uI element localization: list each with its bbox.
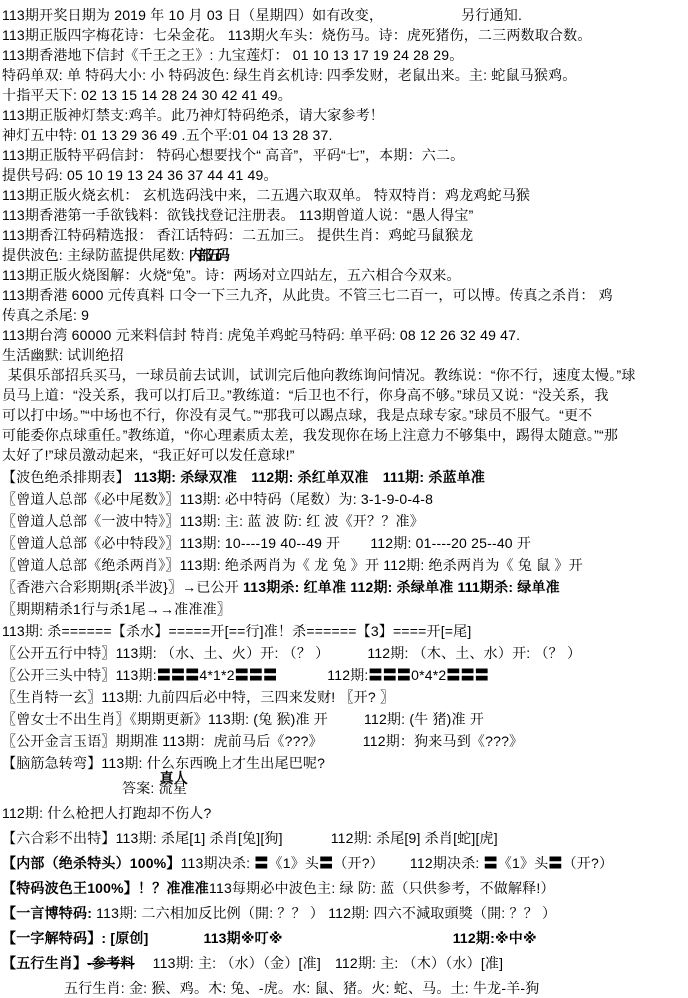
line-segment: 113期杀: 红单准 112期: 杀绿单准 111期杀: 绿单准 xyxy=(243,579,560,595)
text-line: 〖公开三头中特〗113期:〓〓〓4*1*2〓〓〓112期:〓〓〓0*4*2〓〓〓 xyxy=(2,665,686,685)
line-segment: 112期: 什么枪把人打跑却不伤人? xyxy=(2,805,211,821)
line-segment: 113期台湾 60000 元来料信封 特肖: 虎兔羊鸡蛇马特码: 单平码: 08… xyxy=(2,327,520,343)
line-segment: 113期正版神灯禁支:鸡羊。此乃神灯特码绝杀，请大家参考！ xyxy=(2,107,384,123)
line-segment: 113期决杀: xyxy=(181,855,255,871)
text-line: 〖香港六合彩期期{杀半波}〗→已公开 113期杀: 红单准 112期: 杀绿单准… xyxy=(2,577,686,597)
text-line: 〖生肖特一玄〗113期: 九前四后必中特，三四来发财! 〖开? 〗 xyxy=(2,687,686,707)
text-line: 113期香江特码精选报： 香江话特码：二五加三。 提供生肖：鸡蛇马鼠猴龙 xyxy=(2,225,686,245)
text-line: 【一字解特码】: [原创]113期※叮※112期:※中※ xyxy=(2,928,686,948)
text-line: 〖曾道人总部《必中特段》〗113期: 10----19 40--49 开112期… xyxy=(2,533,686,553)
text-line: 可能委你点球重任。”教练道，“你心理素质太差，我发现你在场上注意力不够集中，踢得… xyxy=(2,425,686,445)
line-segment: 特码单双: 单 特码大小: 小 特码波色: 绿生肖玄机诗: 四季发财，老鼠出来。… xyxy=(2,67,576,83)
line-segment: 可以打中场。”“中场也不行，你没有灵气。”“那我可以踢点球，我是点球专家。”球员… xyxy=(2,407,592,423)
line-segment: 【五行生肖】 xyxy=(2,955,87,971)
line-segment: 113期香港地下信封《千王之王》: 九宝莲灯： 01 10 13 17 19 2… xyxy=(2,47,463,63)
line-segment: 生活幽默: 试训绝招 xyxy=(2,347,124,363)
text-line: 生活幽默: 试训绝招 xyxy=(2,345,686,365)
line-segment: 可能委你点球重任。”教练道，“你心理素质太差，我发现你在场上注意力不够集中，踢得… xyxy=(2,427,618,443)
line-segment: 〓 xyxy=(319,855,333,871)
line-segment: 113期正版火烧玄机： 玄机选码浅中来，二五遇六取双单。 特双特肖：鸡龙鸡蛇马猴 xyxy=(2,187,530,203)
line-segment: 〖公开三头中特〗113期: xyxy=(2,667,157,683)
line-segment: 〖公开五行中特〗113期: （水、土、火）开: （？ ） xyxy=(2,645,329,661)
text-line: 答案: 流星真人 xyxy=(2,778,686,798)
line-segment: 提供波色: 主绿防蓝提供尾数: xyxy=(2,247,189,263)
line-segment: 113期香港 6000 元传真料 口令一下三九齐，从此贵。不管三七二百一，可以博… xyxy=(2,287,613,303)
line-segment: 〖曾道人总部《一波中特》〗113期: 主: 蓝 波 防: 红 波《开？？准》 xyxy=(2,513,424,529)
line-segment: 神灯五中特: 01 13 29 36 49 .五个平:01 04 13 28 3… xyxy=(2,127,333,143)
text-line: 113期香港第一手欲钱料：欲钱找登记注册表。 113期曾道人说：“愚人得宝” xyxy=(2,205,686,225)
text-line: 【六合彩不出特】113期: 杀尾[1] 杀肖[兔][狗]112期: 杀尾[9] … xyxy=(2,828,686,848)
line-segment: 十指平天下: 02 13 15 14 28 24 30 42 41 49。 xyxy=(2,87,292,103)
text-line: 113期正版神灯禁支:鸡羊。此乃神灯特码绝杀，请大家参考！ xyxy=(2,105,686,125)
text-line: 【内部（绝杀特头）100%】113期决杀: 〓《1》头〓（开?）112期决杀: … xyxy=(2,853,686,873)
line-segment: 《1》头 xyxy=(269,855,320,871)
overlapping-text: 真人 xyxy=(160,768,188,788)
text-line: 员马上道：“没关系，我可以打后卫。”教练道：“后卫也不行，你身高不够。”球员又说… xyxy=(2,385,686,405)
text-line: 113期台湾 60000 元来料信封 特肖: 虎兔羊鸡蛇马特码: 单平码: 08… xyxy=(2,325,686,345)
line-segment: 另行通知. xyxy=(383,7,522,23)
text-line: 〖期期精杀1行与杀1尾→→准准准〗 xyxy=(2,599,686,619)
line-segment: 113期: 主: （水）（金）[准] xyxy=(135,955,321,971)
line-segment: 五行生肖: 金: 猴、鸡。木: 兔、-虎。水: 鼠、猪。火: 蛇、马。土: 牛龙… xyxy=(64,980,539,996)
line-segment: 〖曾道人总部《必中尾数》〗113期: 必中特码（尾数）为: 3-1-9-0-4-… xyxy=(2,491,433,507)
line-segment: -参考料 xyxy=(87,955,134,971)
line-segment: 113期开奖日期为 2019 年 10 月 03 日（星期四）如有改变， xyxy=(2,7,383,23)
line-segment: 〖期期精杀1行与杀1尾→→准准准〗 xyxy=(2,601,231,617)
line-segment: 113期: 二六相加反比例（開: ？？ ） 112期: 四六不減取頭獎（開: ？… xyxy=(96,905,556,921)
text-line: 113期开奖日期为 2019 年 10 月 03 日（星期四）如有改变，另行通知… xyxy=(2,5,686,25)
line-segment: 112期: (牛 猪)准 开 xyxy=(328,711,484,727)
text-line: 113期正版特平码信封： 特码心想要找个“ 高音”，平码“七”，本期：六二。 xyxy=(2,145,686,165)
line-segment: 112期: 杀尾[9] 杀肖[蛇][虎] xyxy=(283,830,498,846)
text-line: 五行生肖: 金: 猴、鸡。木: 兔、-虎。水: 鼠、猪。火: 蛇、马。土: 牛龙… xyxy=(2,978,686,998)
text-line: 特码单双: 单 特码大小: 小 特码波色: 绿生肖玄机诗: 四季发财，老鼠出来。… xyxy=(2,65,686,85)
text-line: 113期正版四字梅花诗：七朵金花。 113期火车头：烧伤马。诗：虎死猪伤，二三两… xyxy=(2,25,686,45)
text-line: 〖曾道人总部《必中尾数》〗113期: 必中特码（尾数）为: 3-1-9-0-4-… xyxy=(2,489,686,509)
line-segment: 113期正版火烧图解：火烧“兔”。诗：两场对立四站左，五六相合今双来。 xyxy=(2,267,461,283)
line-segment: 112期：狗来马到《???》 xyxy=(323,733,523,749)
text-line: 某俱乐部招兵买马，一球员前去试训，试训完后他向教练询问情况。教练说：“你不行，速… xyxy=(2,365,686,385)
text-line: 〖曾道人总部《绝杀两肖》〗113期: 绝杀两肖为《 龙 兔 》开 112期: 绝… xyxy=(2,555,686,575)
line-segment: 【一字解特码】: [原创] xyxy=(2,930,148,946)
line-segment: 0*4*2 xyxy=(411,667,446,683)
line-segment: 〖曾女士不出生肖〗《期期更新》113期: (兔 猴)准 开 xyxy=(2,711,328,727)
line-segment: 〓〓〓 xyxy=(157,667,200,683)
line-segment: （开?） xyxy=(333,855,384,871)
line-segment: 〖曾道人总部《必中特段》〗113期: 10----19 40--49 开 xyxy=(2,535,340,551)
line-segment: 113每期必中波色主: 绿 防: 蓝（只供参考，不做解释!） xyxy=(209,880,555,896)
line-segment: 112期: （木、土、水）开: （？ ） xyxy=(329,645,581,661)
line-segment: 〓〓〓 xyxy=(235,667,278,683)
text-line: 神灯五中特: 01 13 29 36 49 .五个平:01 04 13 28 3… xyxy=(2,125,686,145)
text-line: 【一言博特码: 113期: 二六相加反比例（開: ？？ ） 112期: 四六不減… xyxy=(2,903,686,923)
line-segment: 113期正版特平码信封： 特码心想要找个“ 高音”，平码“七”，本期：六二。 xyxy=(2,147,464,163)
text-line: 【特码波色王100%】！？准准准113每期必中波色主: 绿 防: 蓝（只供参考，… xyxy=(2,878,686,898)
line-segment: （开?） xyxy=(563,855,614,871)
line-segment: 〖曾道人总部《绝杀两肖》〗113期: 绝杀两肖为《 龙 兔 》开 112期: 绝… xyxy=(2,557,583,573)
line-segment: 员马上道：“没关系，我可以打后卫。”教练道：“后卫也不行，你身高不够。”球员又说… xyxy=(2,387,609,403)
text-line: 113期香港 6000 元传真料 口令一下三九齐，从此贵。不管三七二百一，可以博… xyxy=(2,285,686,305)
line-segment: 113期香江特码精选报： 香江话特码：二五加三。 提供生肖：鸡蛇马鼠猴龙 xyxy=(2,227,473,243)
line-segment: 113期香港第一手欲钱料：欲钱找登记注册表。 113期曾道人说：“愚人得宝” xyxy=(2,207,473,223)
line-segment: 答案: xyxy=(122,780,159,796)
text-line: 提供号码: 05 10 19 13 24 36 37 44 41 49。 xyxy=(2,165,686,185)
line-segment: 〓 xyxy=(484,855,498,871)
text-line: 〖曾女士不出生肖〗《期期更新》113期: (兔 猴)准 开112期: (牛 猪)… xyxy=(2,709,686,729)
text-line: 传真之杀尾: 9 xyxy=(2,305,686,325)
line-segment: 〓 xyxy=(548,855,562,871)
line-segment: 112期: 主: （木）（水）[准] xyxy=(321,955,503,971)
line-segment: 〓〓〓 xyxy=(446,667,489,683)
line-segment: 某俱乐部招兵买马，一球员前去试训，试训完后他向教练询问情况。教练说：“你不行，速… xyxy=(8,367,636,383)
text-line: 十指平天下: 02 13 15 14 28 24 30 42 41 49。 xyxy=(2,85,686,105)
line-segment: 113期※叮※ xyxy=(148,930,282,946)
line-segment: 【特码波色王100%】！？准准准 xyxy=(2,880,209,896)
text-line: 可以打中场。”“中场也不行，你没有灵气。”“那我可以踢点球，我是点球专家。”球员… xyxy=(2,405,686,425)
text-line: 113期: 杀======【杀水】=====开[==行]准！杀======【3】… xyxy=(2,621,686,641)
line-segment: 112期: xyxy=(277,667,368,683)
line-segment: 112期:※中※ xyxy=(283,930,537,946)
line-segment: 〓〓〓 xyxy=(369,667,412,683)
line-segment: 〓 xyxy=(254,855,268,871)
line-segment: 〖生肖特一玄〗113期: 九前四后必中特，三四来发财! 〖开? 〗 xyxy=(2,689,394,705)
line-segment: 112期: 01----20 25--40 开 xyxy=(340,535,531,551)
text-line: 太好了!”球员激动起来，“我正好可以发任意球!” xyxy=(2,445,686,465)
line-segment: 112期决杀: xyxy=(384,855,484,871)
line-segment: 传真之杀尾: 9 xyxy=(2,307,89,323)
line-segment: 【一言博特码: xyxy=(2,905,96,921)
line-segment: 【六合彩不出特】113期: 杀尾[1] 杀肖[兔][狗] xyxy=(2,830,283,846)
text-line: 【五行生肖】-参考料113期: 主: （水）（金）[准]112期: 主: （木）… xyxy=(2,953,686,973)
line-segment: 太好了!”球员激动起来，“我正好可以发任意球!” xyxy=(2,447,295,463)
line-segment: 〖香港六合彩期期{杀半波}〗→已公开 xyxy=(2,579,243,595)
text-line: 112期: 什么枪把人打跑却不伤人? xyxy=(2,803,686,823)
text-line: 【波色绝杀排期表】 113期: 杀绿双准 112期: 杀红单双准 111期: 杀… xyxy=(2,467,686,487)
line-segment: 内部五码 xyxy=(189,247,230,263)
line-segment: 《1》头 xyxy=(498,855,549,871)
line-segment: 流星真人 xyxy=(159,778,187,798)
line-segment: 113期正版四字梅花诗：七朵金花。 113期火车头：烧伤马。诗：虎死猪伤，二三两… xyxy=(2,27,592,43)
line-segment: 113期: 杀绿双准 112期: 杀红单双准 111期: 杀蓝单准 xyxy=(134,469,485,485)
line-segment: 提供号码: 05 10 19 13 24 36 37 44 41 49。 xyxy=(2,167,278,183)
text-line: 提供波色: 主绿防蓝提供尾数: 内部五码 xyxy=(2,245,686,265)
text-line: 〖曾道人总部《一波中特》〗113期: 主: 蓝 波 防: 红 波《开？？准》 xyxy=(2,511,686,531)
text-line: 113期香港地下信封《千王之王》: 九宝莲灯： 01 10 13 17 19 2… xyxy=(2,45,686,65)
text-line: 113期正版火烧图解：火烧“兔”。诗：两场对立四站左，五六相合今双来。 xyxy=(2,265,686,285)
line-segment: 【波色绝杀排期表】 xyxy=(2,469,134,485)
text-line: 【脑筋急转弯】113期: 什么东西晚上才生出尾巴呢? xyxy=(2,753,686,773)
document-body: 113期开奖日期为 2019 年 10 月 03 日（星期四）如有改变，另行通知… xyxy=(0,0,688,998)
text-line: 〖公开五行中特〗113期: （水、土、火）开: （？ ）112期: （木、土、水… xyxy=(2,643,686,663)
text-line: 113期正版火烧玄机： 玄机选码浅中来，二五遇六取双单。 特双特肖：鸡龙鸡蛇马猴 xyxy=(2,185,686,205)
text-line: 〖公开金言玉语〗期期准 113期：虎前马后《???》112期：狗来马到《???》 xyxy=(2,731,686,751)
line-segment: 【内部（绝杀特头）100%】 xyxy=(2,855,181,871)
line-segment: 4*1*2 xyxy=(199,667,234,683)
line-segment: 〖公开金言玉语〗期期准 113期：虎前马后《???》 xyxy=(2,733,323,749)
line-segment: 113期: 杀======【杀水】=====开[==行]准！杀======【3】… xyxy=(2,623,471,639)
